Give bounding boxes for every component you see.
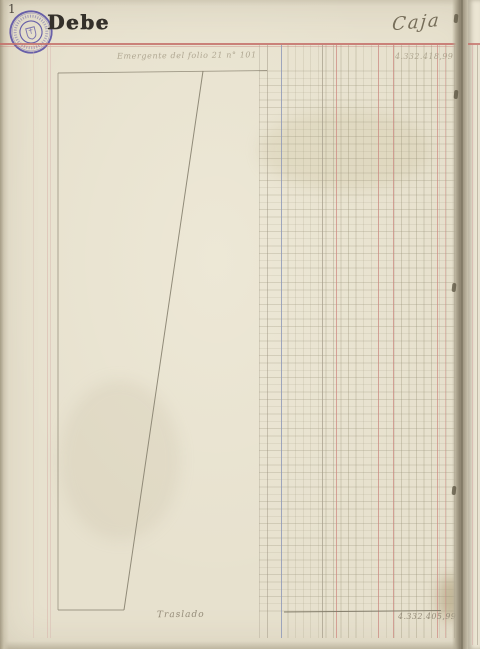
closing-note: Traslado bbox=[157, 610, 205, 620]
amount-grid-horizontal-lines bbox=[259, 64, 456, 612]
cancellation-strokes bbox=[0, 0, 480, 649]
facing-page-rule bbox=[477, 45, 478, 645]
margin-rule bbox=[47, 45, 48, 638]
amount-column-rule-gray bbox=[454, 45, 455, 638]
binding-gutter-shadow bbox=[461, 0, 463, 649]
amount-column-rule-red bbox=[336, 45, 337, 638]
margin-rule bbox=[50, 45, 51, 638]
account-title-handwritten: Caja bbox=[391, 10, 442, 35]
column-divider bbox=[267, 45, 268, 638]
stitch-mark bbox=[454, 14, 459, 23]
facing-page-edge bbox=[468, 0, 480, 649]
amount-column-rule-red bbox=[393, 45, 394, 638]
amount-column-rule-red bbox=[437, 45, 438, 638]
header-rule-red bbox=[0, 43, 456, 45]
paper-stain bbox=[260, 110, 430, 190]
header-rule-red-shadow bbox=[0, 46, 456, 47]
amount-column-rule-blue bbox=[281, 45, 282, 638]
stitch-mark bbox=[452, 283, 457, 292]
stitch-mark bbox=[454, 90, 459, 99]
column-divider bbox=[259, 45, 260, 638]
amount-grid-vertical-lines bbox=[281, 45, 454, 638]
opening-amount: 4.332.418,99 bbox=[395, 52, 453, 61]
stitch-mark bbox=[452, 486, 457, 495]
closing-amount: 4.332.405,99 bbox=[398, 612, 456, 621]
amount-column-rule-red bbox=[445, 45, 446, 638]
ledger-page: 1 Debe Caja Emergente del folio 21 n° 10… bbox=[0, 0, 480, 649]
amount-column-rule-gray bbox=[322, 45, 323, 638]
opening-note: Emergente del folio 21 n° 101 bbox=[117, 50, 257, 60]
debit-column-title: Debe bbox=[47, 10, 110, 34]
facing-page-red-rule bbox=[468, 43, 480, 45]
margin-rule bbox=[33, 45, 34, 638]
facing-page-rule bbox=[472, 45, 473, 645]
amount-column-rule-red bbox=[378, 45, 379, 638]
paper-stain bbox=[60, 380, 180, 540]
